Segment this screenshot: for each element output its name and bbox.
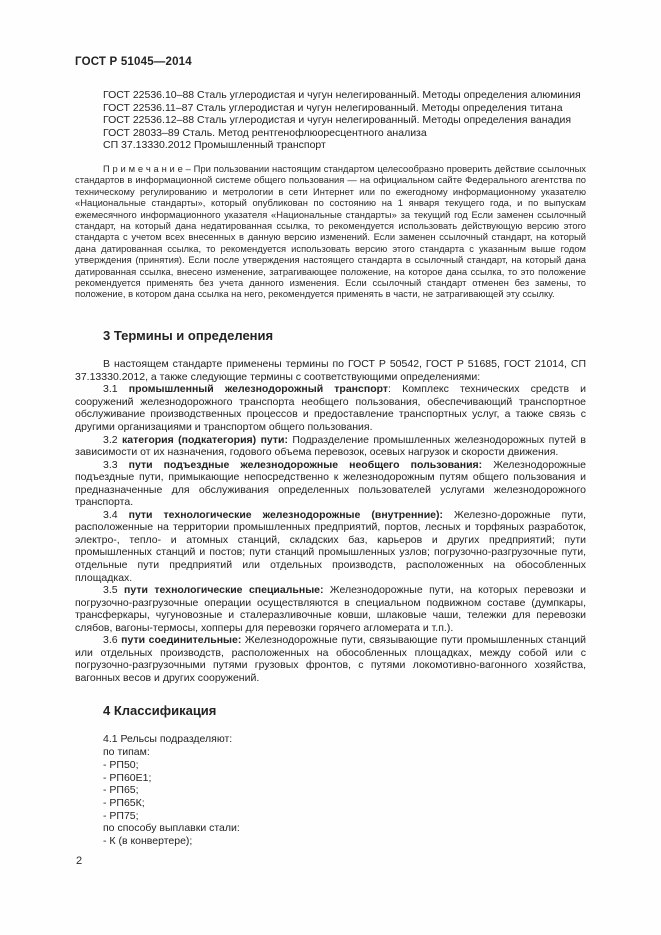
classification-line: - РП65К;: [75, 797, 586, 810]
reference-item: ГОСТ 28033–89 Сталь. Метод рентгенофлюор…: [75, 127, 586, 140]
reference-item: СП 37.13330.2012 Промышленный транспорт: [75, 139, 586, 152]
classification-list: 4.1 Рельсы подразделяют: по типам: - РП5…: [75, 733, 586, 847]
classification-line: - РП50;: [75, 759, 586, 772]
term-number: 3.5: [103, 584, 118, 596]
term-name: пути технологические специальные:: [124, 584, 323, 596]
classification-line: по способу выплавки стали:: [75, 822, 586, 835]
page-number: 2: [76, 855, 82, 867]
term-definition: 3.2 категория (подкатегория) пути: Подра…: [75, 434, 586, 459]
classification-line: по типам:: [75, 746, 586, 759]
classification-line: - РП60Е1;: [75, 772, 586, 785]
classification-line: - К (в конвертере);: [75, 835, 586, 848]
note-label: П р и м е ч а н и е: [103, 163, 183, 174]
term-number: 3.3: [103, 459, 118, 471]
note-text: – При пользовании настоящим стандартом ц…: [75, 163, 586, 299]
normative-references-list: ГОСТ 22536.10–88 Сталь углеродистая и чу…: [75, 89, 586, 152]
classification-line: - РП75;: [75, 810, 586, 823]
document-page: ГОСТ Р 51045—2014 ГОСТ 22536.10–88 Сталь…: [0, 0, 661, 935]
term-name: категория (подкатегория) пути:: [122, 434, 288, 446]
term-definition: 3.3 пути подъездные железнодорожные необ…: [75, 459, 586, 509]
page-content: ГОСТ Р 51045—2014 ГОСТ 22536.10–88 Сталь…: [75, 56, 586, 848]
term-number: 3.6: [103, 634, 118, 646]
term-number: 3.2: [103, 434, 118, 446]
term-name: промышленный железнодорожный транспорт: [129, 383, 388, 395]
term-number: 3.4: [103, 509, 118, 521]
note-paragraph: П р и м е ч а н и е – При пользовании на…: [75, 163, 586, 300]
reference-item: ГОСТ 22536.10–88 Сталь углеродистая и чу…: [75, 89, 586, 102]
term-name: пути соединительные:: [121, 634, 241, 646]
term-number: 3.1: [103, 383, 118, 395]
term-name: пути технологические железнодорожные (вн…: [129, 509, 443, 521]
section-3-title: 3 Термины и определения: [75, 309, 586, 358]
term-definition: 3.5 пути технологические специальные: Же…: [75, 584, 586, 634]
reference-item: ГОСТ 22536.12–88 Сталь углеродистая и чу…: [75, 114, 586, 127]
term-definition: 3.4 пути технологические железнодорожные…: [75, 509, 586, 584]
term-definition: 3.6 пути соединительные: Железнодорожные…: [75, 634, 586, 684]
standard-code-header: ГОСТ Р 51045—2014: [75, 56, 586, 68]
classification-line: 4.1 Рельсы подразделяют:: [75, 733, 586, 746]
reference-item: ГОСТ 22536.11–87 Сталь углеродистая и чу…: [75, 102, 586, 115]
classification-line: - РП65;: [75, 784, 586, 797]
term-definition: 3.1 промышленный железнодорожный транспо…: [75, 383, 586, 433]
term-name: пути подъездные железнодорожные необщего…: [129, 459, 483, 471]
section-4-title: 4 Классификация: [75, 684, 586, 733]
section-3-intro: В настоящем стандарте применены термины …: [75, 358, 586, 383]
